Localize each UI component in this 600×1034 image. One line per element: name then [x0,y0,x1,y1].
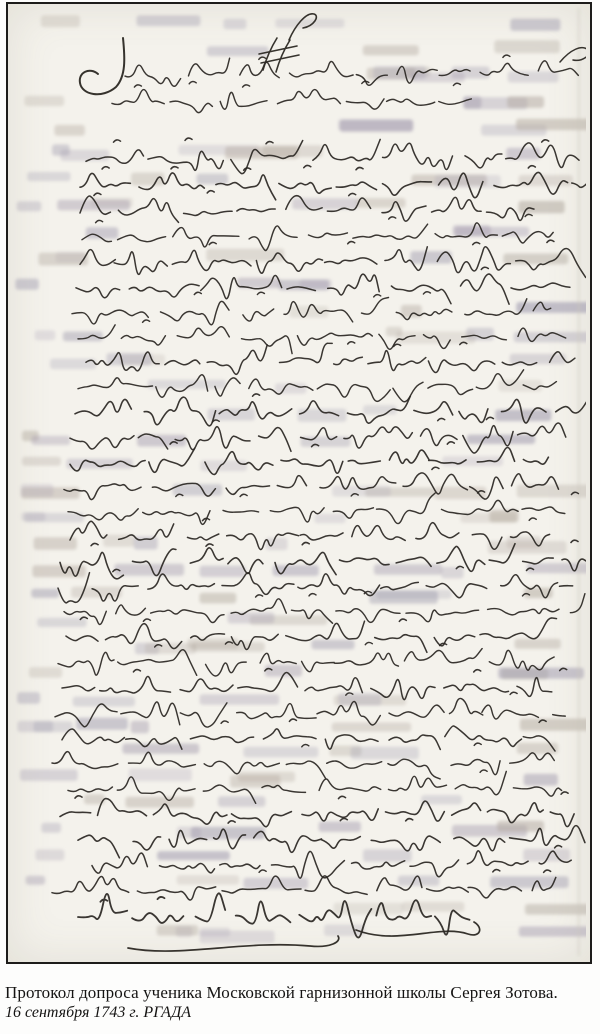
book-page: Протокол допроса ученика Московской гарн… [0,0,600,1034]
manuscript-scan-frame [6,2,592,964]
caption-title: Протокол допроса ученика Московской гарн… [5,983,597,1003]
caption-date-archive: 16 сентября 1743 г. РГАДА [5,1004,597,1022]
figure-caption: Протокол допроса ученика Московской гарн… [5,983,597,1022]
